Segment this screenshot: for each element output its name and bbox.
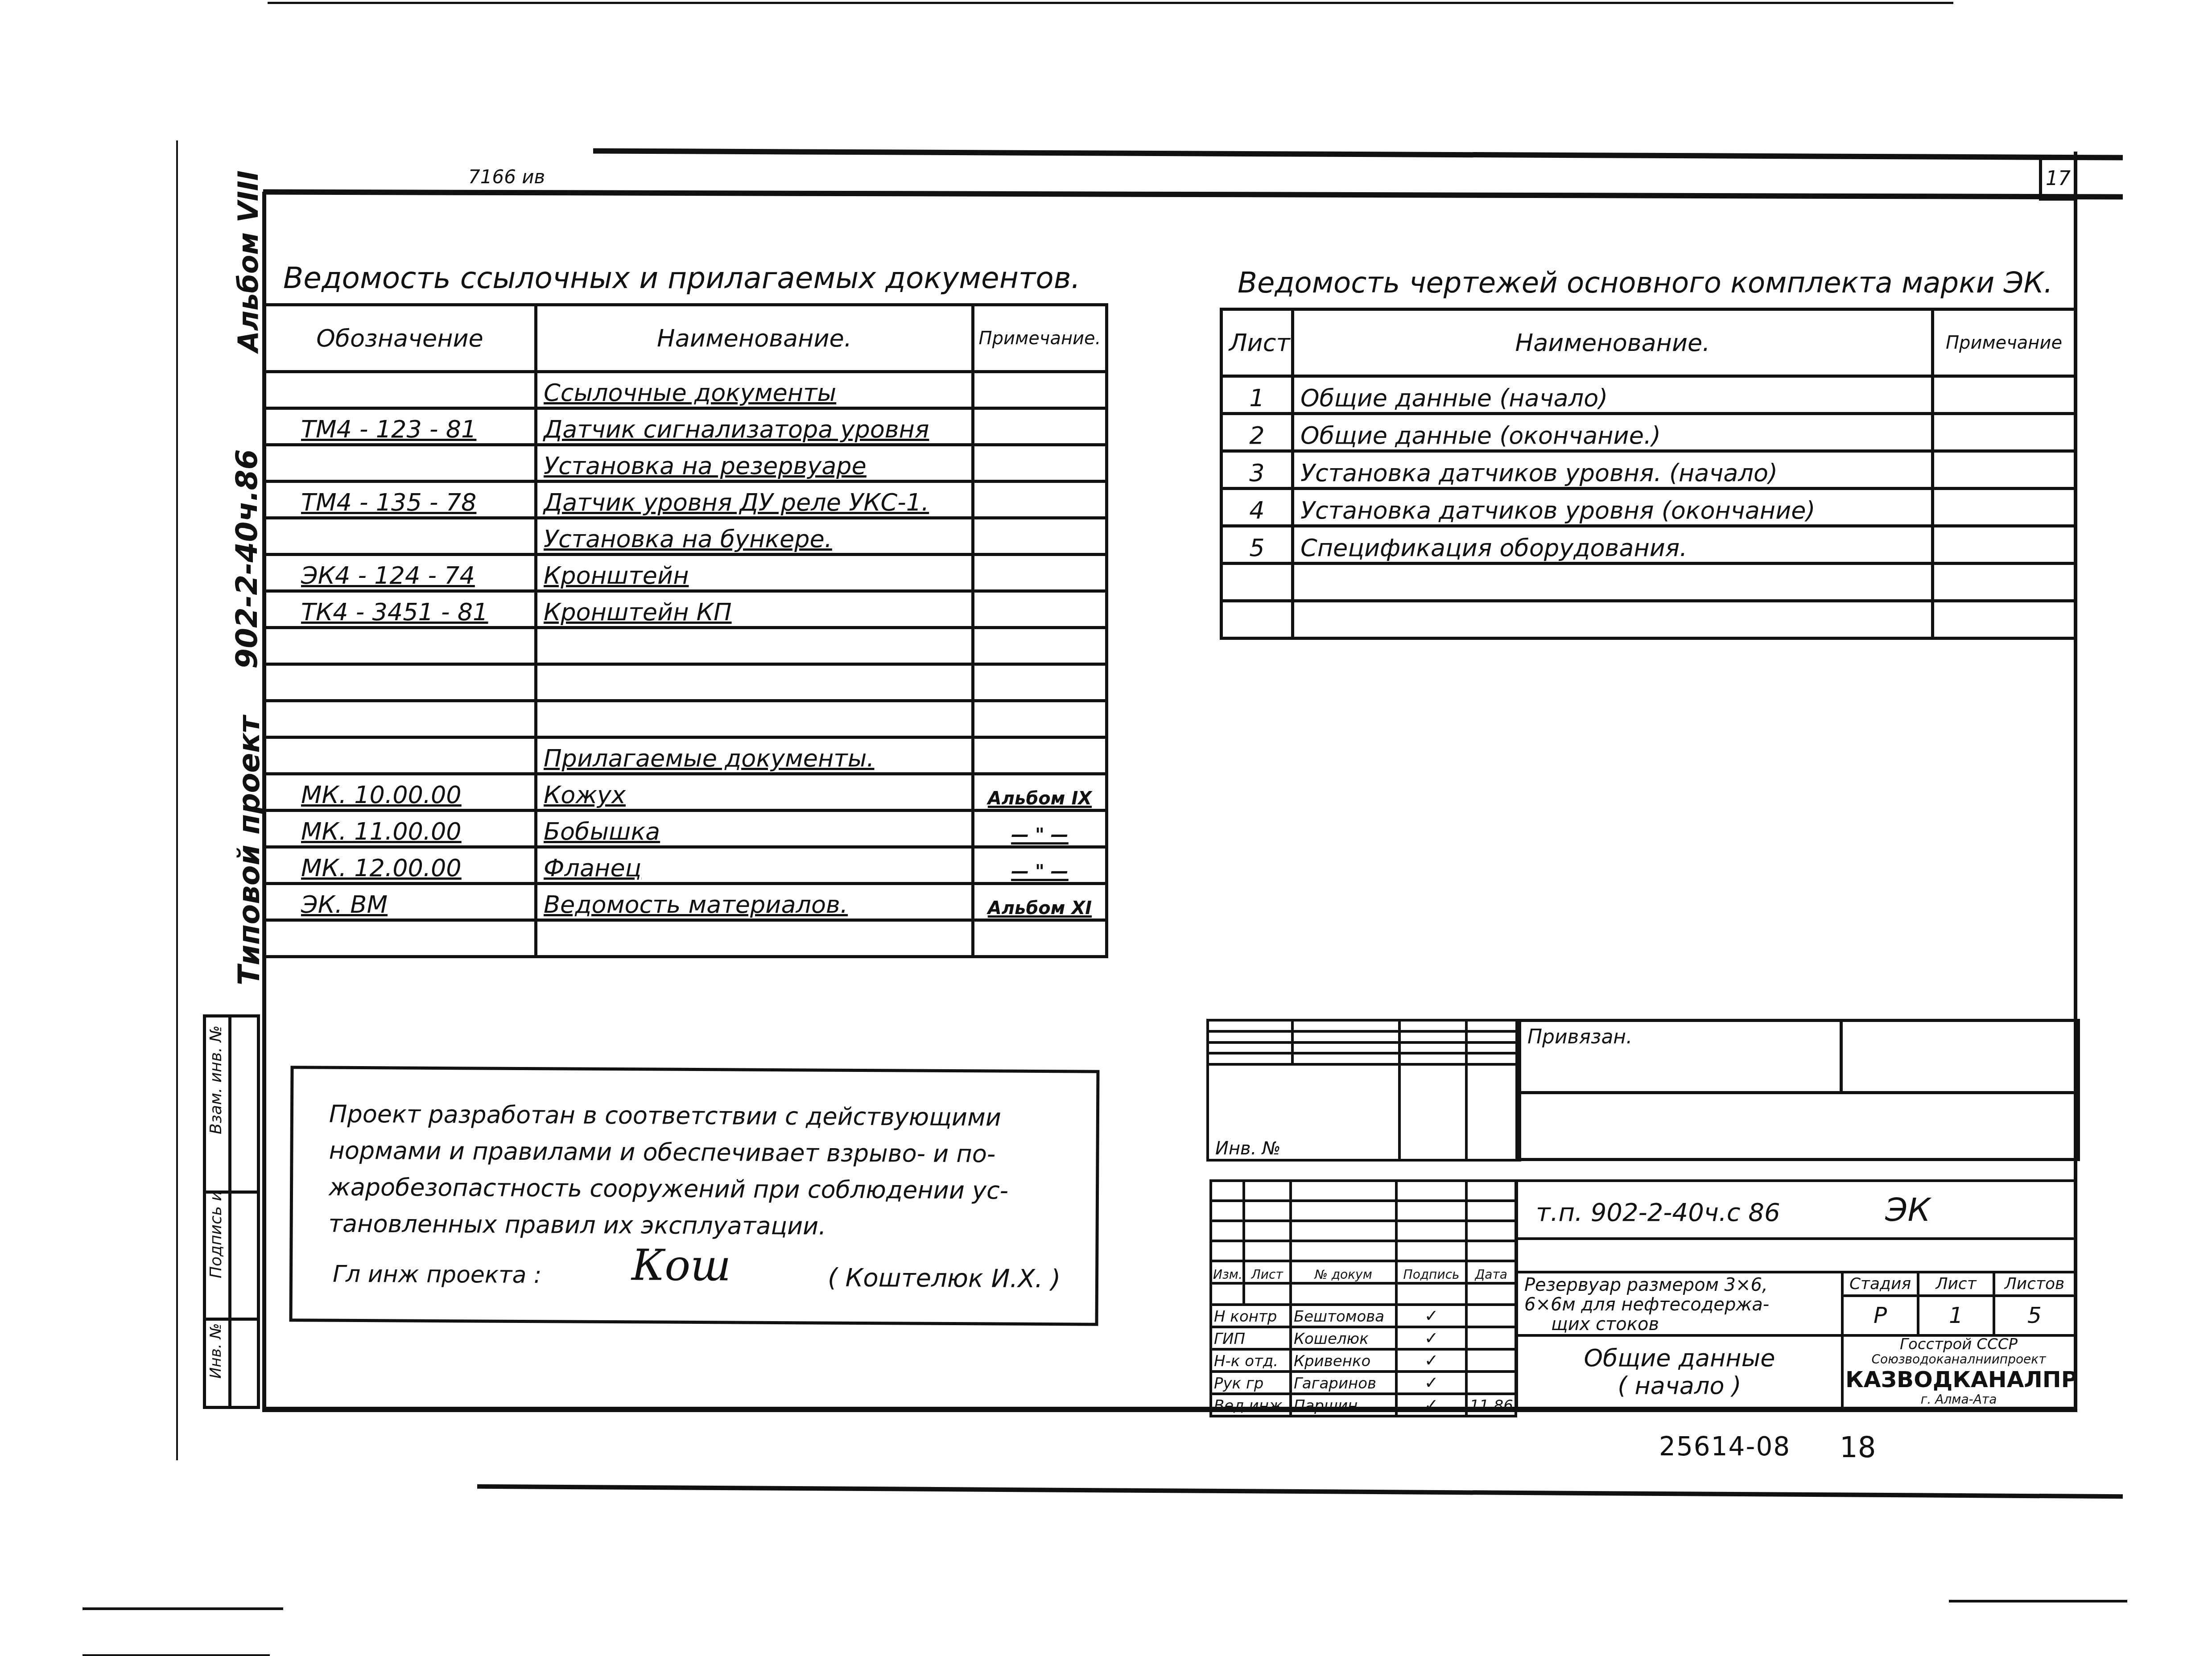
doc-name: [536, 701, 973, 737]
doc-code: [264, 701, 536, 737]
staff-role: Вед инж: [1211, 1394, 1291, 1416]
frame-inner-top: [263, 189, 2123, 200]
doc-code: ЭК4 - 124 - 74: [264, 555, 536, 591]
staff-name: Кривенко: [1291, 1349, 1396, 1372]
doc-note: [973, 628, 1107, 664]
doc-note: Альбом IX: [973, 774, 1107, 811]
doc-note: [973, 737, 1107, 774]
doc-note: [973, 591, 1107, 628]
doc-code: [264, 518, 536, 555]
doc-code: [264, 737, 536, 774]
doc-name: Установка на резервуаре: [536, 445, 973, 482]
table-row: ТМ4 - 135 - 78Датчик уровня ДУ реле УКС-…: [264, 482, 1107, 518]
doc-note: [973, 920, 1107, 957]
signer-name: ( Коштелюк И.Х. ): [828, 1264, 1061, 1294]
table-row: МК. 11.00.00Бобышка— " —: [264, 811, 1107, 847]
statement-line: нормами и правилами и обеспечивает взрыв…: [329, 1133, 1008, 1173]
drawing-name: [1293, 601, 1933, 639]
ref-docs-table: Обозначение Наименование. Примечание. Сс…: [262, 303, 1108, 958]
title-block-main: т.п. 902-2-40ч.с 86 ЭК Резервуар размеро…: [1515, 1179, 2076, 1410]
approval-grid: Инв. №: [1206, 1019, 1521, 1162]
frame-top-rule: [593, 148, 2123, 161]
signature: Кош: [631, 1240, 731, 1290]
drawing-sheet-no: 2: [1222, 414, 1293, 451]
sheet-title: Общие данные ( начало ): [1517, 1335, 1842, 1409]
table-row: [264, 664, 1107, 701]
drawing-sheet-no: [1222, 601, 1293, 639]
staff-sign: ✓: [1396, 1372, 1467, 1394]
doc-note: [973, 555, 1107, 591]
table-row: [264, 920, 1107, 957]
scan-edge-left: [176, 140, 178, 1460]
doc-code: МК. 12.00.00: [264, 847, 536, 884]
table-row: Прилагаемые документы.: [264, 737, 1107, 774]
ref-docs-title: Ведомость ссылочных и прилагаемых докуме…: [283, 261, 1081, 295]
statement-line: жаробезопастность сооружений при соблюде…: [329, 1169, 1008, 1209]
doc-name: Прилагаемые документы.: [536, 737, 973, 774]
tied-box: Привязан.: [1515, 1019, 2080, 1161]
drawing-sheet-no: 4: [1222, 489, 1293, 526]
doc-code: [264, 628, 536, 664]
drawing-name: Общие данные (начало): [1293, 376, 1933, 414]
statement-line: Проект разработан в соответствии с дейст…: [329, 1096, 1009, 1136]
table-row: [1222, 564, 2076, 601]
scan-mark-bottom-right: [1949, 1600, 2127, 1602]
rev-header: № докум: [1291, 1261, 1396, 1283]
rev-header: Подпись: [1396, 1261, 1467, 1283]
doc-note: [973, 664, 1107, 701]
doc-name: [536, 920, 973, 957]
drawing-name: Общие данные (окончание.): [1293, 414, 1933, 451]
drawings-title: Ведомость чертежей основного комплекта м…: [1238, 267, 2053, 300]
table-row: ТК4 - 3451 - 81Кронштейн КП: [264, 591, 1107, 628]
doc-name: Кронштейн: [536, 555, 973, 591]
doc-note: [973, 518, 1107, 555]
sheets-header: Листов: [1994, 1272, 2075, 1296]
col-header-name: Наименование.: [1293, 309, 1933, 376]
staff-date: [1466, 1327, 1516, 1349]
object-name: Резервуар размером 3×6, 6×6м для нефтесо…: [1517, 1272, 1842, 1335]
drawing-name: Спецификация оборудования.: [1293, 526, 1933, 564]
drawing-name: Установка датчиков уровня. (начало): [1293, 451, 1933, 489]
table-row: [264, 701, 1107, 737]
project-code-vertical: 902-2-40ч.86: [230, 449, 264, 669]
archive-number: 25614-08: [1659, 1431, 1791, 1462]
table-row: Ссылочные документы: [264, 372, 1107, 408]
drawing-name: Установка датчиков уровня (окончание): [1293, 489, 1933, 526]
doc-name: Бобышка: [536, 811, 973, 847]
statement-line: тановленных правил их эксплуатации.: [328, 1206, 1008, 1246]
staff-name: Гагаринов: [1291, 1372, 1396, 1394]
sheet-number-box: 17: [2039, 157, 2077, 201]
table-row: МК. 10.00.00КожухАльбом IX: [264, 774, 1107, 811]
rev-header: Изм.: [1211, 1261, 1244, 1283]
stage-value: Р: [1842, 1296, 1918, 1335]
drawing-sheet-no: 5: [1222, 526, 1293, 564]
doc-code: [264, 664, 536, 701]
doc-name: Ссылочные документы: [536, 372, 973, 408]
doc-note: [973, 408, 1107, 445]
doc-code: ТК4 - 3451 - 81: [264, 591, 536, 628]
table-row: Установка на бункере.: [264, 518, 1107, 555]
col-header-name: Наименование.: [536, 305, 973, 372]
table-row: 5Спецификация оборудования.: [1222, 526, 2076, 564]
stage-header: Стадия: [1842, 1272, 1918, 1296]
drawing-note: [1933, 489, 2076, 526]
doc-name: Ведомость материалов.: [536, 884, 973, 920]
doc-name: [536, 664, 973, 701]
doc-name: Установка на бункере.: [536, 518, 973, 555]
table-row: 2Общие данные (окончание.): [1222, 414, 2076, 451]
document-mark: ЭК: [1885, 1191, 1930, 1228]
drawing-sheet-no: 1: [1222, 376, 1293, 414]
staff-sign: ✓: [1396, 1327, 1467, 1349]
side-stamp: Взам. инв. № Подпись и дата Инв. № подл.: [203, 1014, 260, 1409]
staff-name: Кошелюк: [1291, 1327, 1396, 1349]
staff-date: 11.86: [1466, 1394, 1516, 1416]
doc-code: МК. 10.00.00: [264, 774, 536, 811]
doc-note: — " —: [973, 811, 1107, 847]
compliance-statement: Проект разработан в соответствии с дейст…: [289, 1066, 1100, 1326]
doc-code: [264, 920, 536, 957]
staff-row: Вед инжПаршин✓11.86: [1211, 1394, 1516, 1416]
doc-code: ТМ4 - 135 - 78: [264, 482, 536, 518]
revision-grid: Изм.Лист№ докумПодписьДата Н контрБештом…: [1209, 1179, 1517, 1417]
doc-name: Кронштейн КП: [536, 591, 973, 628]
scan-edge-bottom: [477, 1484, 2123, 1499]
doc-name: Датчик сигнализатора уровня: [536, 408, 973, 445]
col-header-note: Примечание.: [973, 305, 1107, 372]
drawing-sheet-no: 3: [1222, 451, 1293, 489]
staff-role: Рук гр: [1211, 1372, 1291, 1394]
doc-code: МК. 11.00.00: [264, 811, 536, 847]
doc-code: [264, 372, 536, 408]
sheet-header: Лист: [1918, 1272, 1994, 1296]
col-header-designation: Обозначение: [264, 305, 536, 372]
scan-mark-corner-left: [83, 1654, 270, 1656]
table-row: МК. 12.00.00Фланец— " —: [264, 847, 1107, 884]
staff-date: [1466, 1372, 1516, 1394]
doc-note: [973, 372, 1107, 408]
doc-note: [973, 445, 1107, 482]
table-row: Установка на резервуаре: [264, 445, 1107, 482]
staff-row: Н контрБештомова✓: [1211, 1305, 1516, 1327]
doc-name: Кожух: [536, 774, 973, 811]
doc-code: [264, 445, 536, 482]
rev-header: Дата: [1466, 1261, 1516, 1283]
staff-row: Рук грГагаринов✓: [1211, 1372, 1516, 1394]
side-stamp-label: Подпись и дата: [207, 1192, 225, 1279]
col-header-note: Примечание: [1933, 309, 2076, 376]
table-row: ТМ4 - 123 - 81Датчик сигнализатора уровн…: [264, 408, 1107, 445]
sheet-number: 17: [2042, 160, 2074, 198]
doc-note: Альбом XI: [973, 884, 1107, 920]
staff-role: Н-к отд.: [1211, 1349, 1291, 1372]
signer-label: Гл инж проекта :: [333, 1261, 542, 1289]
staff-name: Бештомова: [1291, 1305, 1396, 1327]
table-row: 3Установка датчиков уровня. (начало): [1222, 451, 2076, 489]
staff-row: ГИПКошелюк✓: [1211, 1327, 1516, 1349]
tied-label: Привязан.: [1527, 1026, 1632, 1048]
doc-name: Датчик уровня ДУ реле УКС-1.: [536, 482, 973, 518]
organization: Госстрой СССР Союзводоканалниипроект КАЗ…: [1842, 1335, 2075, 1409]
doc-name: [536, 628, 973, 664]
doc-note: [973, 482, 1107, 518]
staff-role: Н контр: [1211, 1305, 1291, 1327]
table-row: ЭК4 - 124 - 74Кронштейн: [264, 555, 1107, 591]
staff-role: ГИП: [1211, 1327, 1291, 1349]
project-type-label: Типовой проект: [232, 716, 266, 985]
staff-name: Паршин: [1291, 1394, 1396, 1416]
drawing-note: [1933, 601, 2076, 639]
doc-name: Фланец: [536, 847, 973, 884]
drawing-note: [1933, 376, 2076, 414]
corner-note: 7166 ив: [468, 166, 545, 188]
staff-sign: ✓: [1396, 1349, 1467, 1372]
doc-code: ЭК. ВМ: [264, 884, 536, 920]
table-row: ЭК. ВМВедомость материалов.Альбом XI: [264, 884, 1107, 920]
doc-note: [973, 701, 1107, 737]
drawing-name: [1293, 564, 1933, 601]
archive-sheet: 18: [1840, 1431, 1876, 1464]
table-row: [1222, 601, 2076, 639]
drawing-note: [1933, 451, 2076, 489]
side-stamp-label: Взам. инв. №: [207, 1026, 225, 1134]
drawing-note: [1933, 564, 2076, 601]
table-row: 4Установка датчиков уровня (окончание): [1222, 489, 2076, 526]
doc-note: — " —: [973, 847, 1107, 884]
staff-sign: ✓: [1396, 1305, 1467, 1327]
col-header-sheet: Лист: [1222, 309, 1293, 376]
album-label: Альбом VIII: [232, 170, 264, 352]
staff-date: [1466, 1349, 1516, 1372]
side-stamp-label: Инв. № подл.: [207, 1319, 225, 1379]
rev-header: Лист: [1244, 1261, 1291, 1283]
sheet-value: 1: [1918, 1296, 1994, 1335]
sheets-value: 5: [1994, 1296, 2075, 1335]
scan-mark-bottom-left: [83, 1607, 283, 1610]
drawings-table: Лист Наименование. Примечание 1Общие дан…: [1220, 308, 2077, 640]
scan-edge-top: [268, 2, 1953, 4]
staff-row: Н-к отд.Кривенко✓: [1211, 1349, 1516, 1372]
staff-date: [1466, 1305, 1516, 1327]
organization-name: КАЗВОДКАНАЛПРОЕКТ: [1845, 1367, 2072, 1392]
table-row: 1Общие данные (начало): [1222, 376, 2076, 414]
doc-code: ТМ4 - 123 - 81: [264, 408, 536, 445]
drawing-sheet-no: [1222, 564, 1293, 601]
drawing-note: [1933, 526, 2076, 564]
document-designation: т.п. 902-2-40ч.с 86: [1536, 1198, 1780, 1227]
staff-sign: ✓: [1396, 1394, 1467, 1416]
table-row: [264, 628, 1107, 664]
drawing-note: [1933, 414, 2076, 451]
inv-label: Инв. №: [1208, 1064, 1399, 1160]
